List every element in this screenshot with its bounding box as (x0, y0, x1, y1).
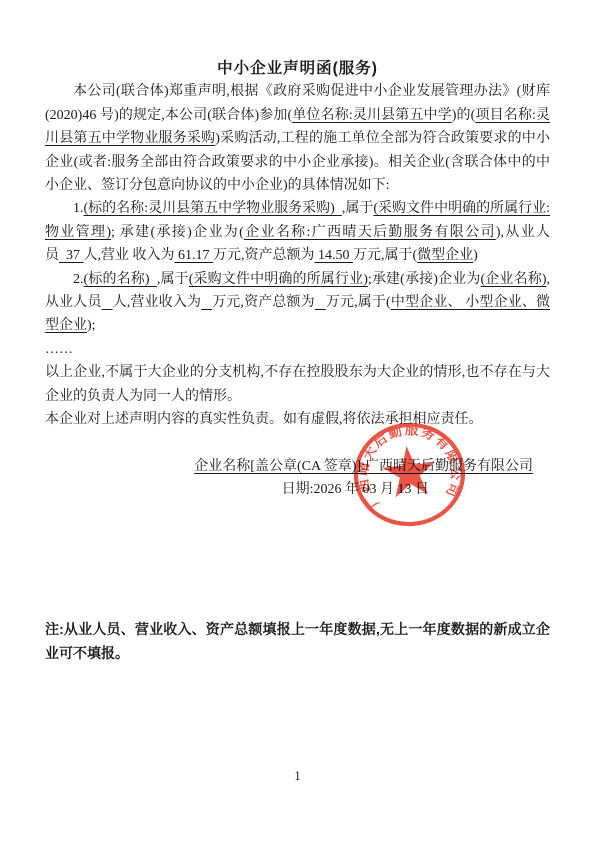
text-segment: ;承建(承接)企业为 (368, 272, 481, 287)
text-segment: 企业名称:广西晴天后勤服务有限公司 (244, 225, 496, 240)
text-segment: 2. (73, 272, 84, 287)
document-content: 中小企业声明函(服务) 本公司(联合体)郑重声明,根据《政府采购促进中小企业发展… (45, 57, 550, 665)
document-title: 中小企业声明函(服务) (45, 57, 550, 80)
text-segment: ) (473, 248, 478, 263)
text-segment: 微型企业 (417, 248, 473, 263)
text-segment: 万元,资产总额为 (212, 295, 315, 310)
text-segment: (标的名称) (84, 272, 157, 287)
text-segment: 人,营业 收入为 (84, 248, 175, 263)
text-segment: ; 承建(承接)企业为( (111, 225, 244, 240)
footnote: 注:从业人员、营业收入、资产总额填报上一年度数据,无上一年度数据的新成立企业可不… (45, 618, 550, 665)
text-segment: 万元,资产总额为 (213, 248, 315, 263)
text-segment: 万元,属于( (353, 248, 417, 263)
text-segment: 61.17 (175, 248, 214, 263)
ellipsis-line: …… (45, 338, 550, 361)
text-segment: 14.50 (315, 248, 354, 263)
text-segment (102, 295, 113, 310)
document-page: 中小企业声明函(服务) 本公司(联合体)郑重声明,根据《政府采购促进中小企业发展… (0, 0, 595, 841)
text-segment: 1. (73, 201, 84, 216)
item-2-paragraph: 2.(标的名称) ,属于(采购文件中明确的所属行业);承建(承接)企业为(企业名… (45, 268, 550, 338)
text-segment: 企业名称[盖公章(CA 签章)]: (194, 459, 365, 474)
signature-date-line: 日期:2026 年 03 月 13 日 (45, 478, 550, 501)
text-segment: 万元,属于( (326, 295, 391, 310)
text-segment: (标的名称:灵川县第五中学物业服务采购) (84, 201, 342, 216)
no-large-enterprise-statement: 以上企业,不属于大企业的分支机构,不存在控股股东为大企业的情形,也不存在与大企业… (45, 361, 550, 408)
text-segment: 单位名称:灵川县第五中学 (292, 108, 452, 123)
text-segment (315, 295, 326, 310)
truthfulness-statement: 本企业对上述声明内容的真实性负责。如有虚假,将依法承担相应责任。 (45, 408, 550, 431)
signature-company-line: 企业名称[盖公章(CA 签章)]:广西晴天后勤服务有限公司 (45, 455, 550, 478)
text-segment: 37 (59, 248, 84, 263)
text-segment: (采购文件中明确的所属行业) (189, 272, 368, 287)
item-1-paragraph: 1.(标的名称:灵川县第五中学物业服务采购) ,属于(采购文件中明确的所属行业:… (45, 197, 550, 267)
text-segment: ); (87, 318, 96, 333)
text-segment: ,属于 (157, 272, 189, 287)
declaration-paragraph: 本公司(联合体)郑重声明,根据《政府采购促进中小企业发展管理办法》(财库(202… (45, 80, 550, 197)
text-segment (201, 295, 212, 310)
text-segment: 人,营业收入为 (113, 295, 202, 310)
text-segment: (企业名称) (480, 272, 546, 287)
text-segment: )的( (452, 108, 476, 123)
text-segment: ,属于 (342, 201, 374, 216)
text-segment: 广西晴天后勤服务有限公司 (365, 459, 533, 474)
page-number: 1 (0, 769, 595, 784)
